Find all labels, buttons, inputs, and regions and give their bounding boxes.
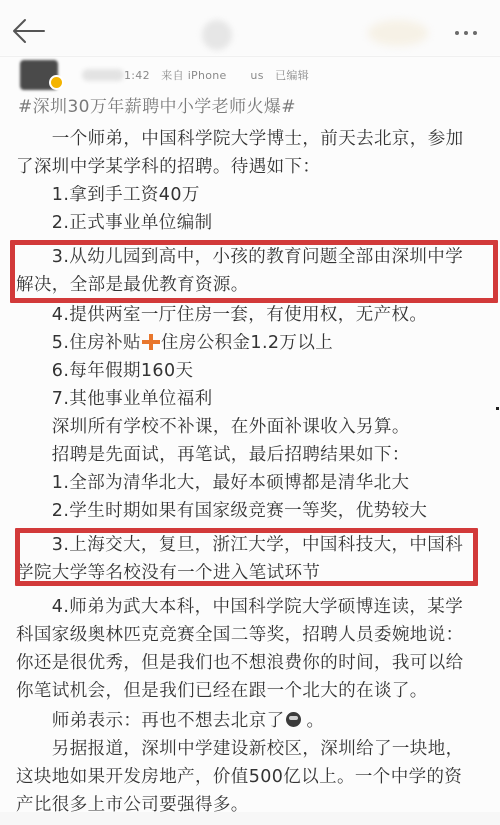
post-text-line: 2.学生时期如果有国家级竞赛一等奖，优势较大	[16, 500, 427, 522]
post-text-segment: 。	[301, 711, 325, 731]
post-text-line: 另据报道，深圳中学建设新校区，深圳给了一块地，	[16, 738, 464, 760]
ellipsis-dot	[464, 31, 468, 35]
post-text-segment: 住房公积金1.2万以上	[161, 333, 333, 353]
post-header: 1:42 来自 iPhone us 已编辑	[0, 55, 500, 95]
post-text-line: 3.从幼儿园到高中，小孩的教育问题全部由深圳中学	[16, 246, 463, 268]
post-text-line: 你还是很优秀，但是我们也不想浪费你的时间，我可以给	[16, 652, 464, 674]
post-text-line: 6.每年假期160天	[16, 360, 193, 382]
bottom-edge	[0, 812, 500, 825]
blurred-follow-button	[368, 20, 428, 46]
edited-label: 已编辑	[275, 69, 309, 82]
ellipsis-dot	[473, 31, 477, 35]
post-text-line: 这块地如果开发房地产，价值500亿以上。一个中学的资	[16, 766, 462, 788]
post-text-line: 一个师弟，中国科学院大学博士，前天去北京，参加	[16, 128, 464, 150]
post-text-line: 1.全部为清华北大，最好本硕博都是清华北大	[16, 472, 409, 494]
ellipsis-horizontal-icon	[455, 31, 459, 35]
post-text-line: 招聘是先面试，再笔试，最后招聘结果如下：	[16, 444, 410, 466]
hashtag-link[interactable]: #深圳30万年薪聘中小学老师火爆#	[18, 96, 296, 118]
post-source: 来自 iPhone	[161, 69, 226, 82]
post-text-line: 4.提供两室一厅住房一套，有使用权，无产权。	[16, 304, 427, 326]
post-text-line: 3.上海交大，复旦，浙江大学，中国科技大，中国科	[16, 534, 463, 556]
blurred-username[interactable]	[82, 69, 124, 81]
stray-pixel-mark	[496, 407, 499, 410]
plus-icon	[142, 334, 160, 350]
more-options-button[interactable]	[455, 26, 491, 40]
back-button[interactable]	[12, 18, 46, 44]
post-meta: 1:42 来自 iPhone us 已编辑	[124, 67, 309, 83]
post-text-line: 7.其他事业单位福利	[16, 388, 213, 410]
sad-face-emoji-icon	[286, 712, 301, 727]
top-bar	[0, 0, 500, 55]
arrow-left-icon	[12, 18, 46, 44]
post-text-segment: 5.住房补贴	[16, 333, 141, 353]
post-text-line: 你笔试机会，但是我们已经在跟一个北大的在谈了。	[16, 680, 428, 702]
post-text-line: 深圳所有学校不补课，在外面补课收入另算。	[16, 416, 410, 438]
post-text-line-with-plus: 5.住房补贴住房公积金1.2万以上	[16, 332, 333, 354]
blurred-title-element	[202, 20, 232, 50]
post-text-line-with-emoji: 师弟表示：再也不想去北京了 。	[16, 710, 324, 732]
post-text-line: 1.拿到手工资40万	[16, 184, 200, 206]
post-time: 1:42	[124, 69, 150, 82]
post-text-segment: 师弟表示：再也不想去北京了	[16, 711, 285, 731]
post-device-suffix: us	[250, 69, 263, 82]
post-text-line: 科国家级奥林匹克竞赛全国二等奖，招聘人员委婉地说：	[16, 624, 464, 646]
verified-badge-icon	[49, 75, 64, 90]
post-text-line: 2.正式事业单位编制	[16, 212, 213, 234]
post-text-line: 解决，全部是最优教育资源。	[16, 274, 249, 296]
post-text-line: 学院大学等名校没有一个进入笔试环节	[16, 562, 320, 584]
post-text-line: 了深圳中学某学科的招聘。待遇如下：	[16, 156, 320, 178]
post-text-line: 4.师弟为武大本科，中国科学院大学硕博连读，某学	[16, 596, 463, 618]
